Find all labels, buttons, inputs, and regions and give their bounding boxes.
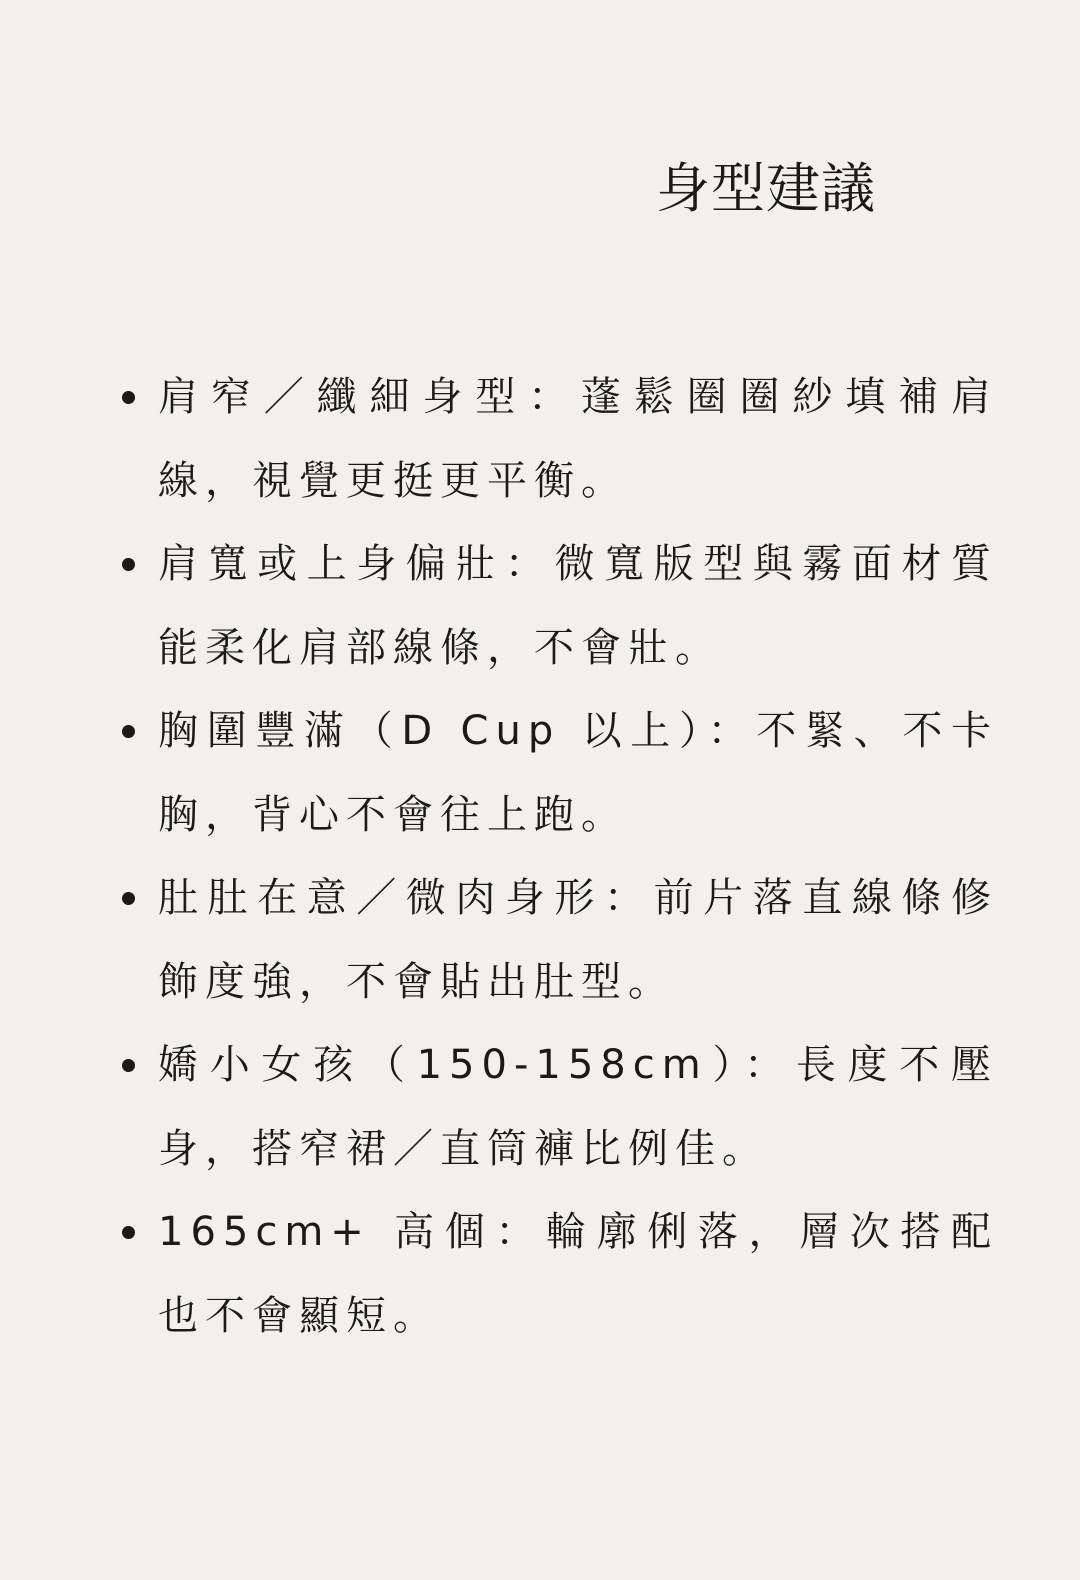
bullet-icon — [122, 1226, 135, 1239]
bullet-icon — [122, 558, 135, 571]
bullet-icon — [122, 892, 135, 905]
list-item: 胸圍豐滿（D Cup 以上）：不緊、不卡胸，背心不會往上跑。 — [118, 690, 998, 857]
page-title: 身型建議 — [656, 154, 876, 224]
list-item: 嬌小女孩（150-158cm）：長度不壓身，搭窄裙／直筒褲比例佳。 — [118, 1024, 998, 1191]
bullet-icon — [122, 725, 135, 738]
list-item-text: 肩寬或上身偏壯：微寬版型與霧面材質能柔化肩部線條，不會壯。 — [158, 523, 998, 690]
body-type-advice-list: 肩窄／纖細身型：蓬鬆圈圈紗填補肩線，視覺更挺更平衡。 肩寬或上身偏壯：微寬版型與… — [118, 356, 998, 1358]
list-item-text: 胸圍豐滿（D Cup 以上）：不緊、不卡胸，背心不會往上跑。 — [158, 690, 998, 857]
list-item: 肚肚在意／微肉身形：前片落直線條修飾度強，不會貼出肚型。 — [118, 857, 998, 1024]
list-item-text: 165cm+ 高個：輪廓俐落，層次搭配也不會顯短。 — [158, 1191, 998, 1358]
list-item-text: 肩窄／纖細身型：蓬鬆圈圈紗填補肩線，視覺更挺更平衡。 — [158, 356, 998, 523]
bullet-icon — [122, 1059, 135, 1072]
bullet-icon — [122, 391, 135, 404]
list-item: 165cm+ 高個：輪廓俐落，層次搭配也不會顯短。 — [118, 1191, 998, 1358]
list-item: 肩寬或上身偏壯：微寬版型與霧面材質能柔化肩部線條，不會壯。 — [118, 523, 998, 690]
list-item-text: 嬌小女孩（150-158cm）：長度不壓身，搭窄裙／直筒褲比例佳。 — [158, 1024, 998, 1191]
list-item-text: 肚肚在意／微肉身形：前片落直線條修飾度強，不會貼出肚型。 — [158, 857, 998, 1024]
list-item: 肩窄／纖細身型：蓬鬆圈圈紗填補肩線，視覺更挺更平衡。 — [118, 356, 998, 523]
